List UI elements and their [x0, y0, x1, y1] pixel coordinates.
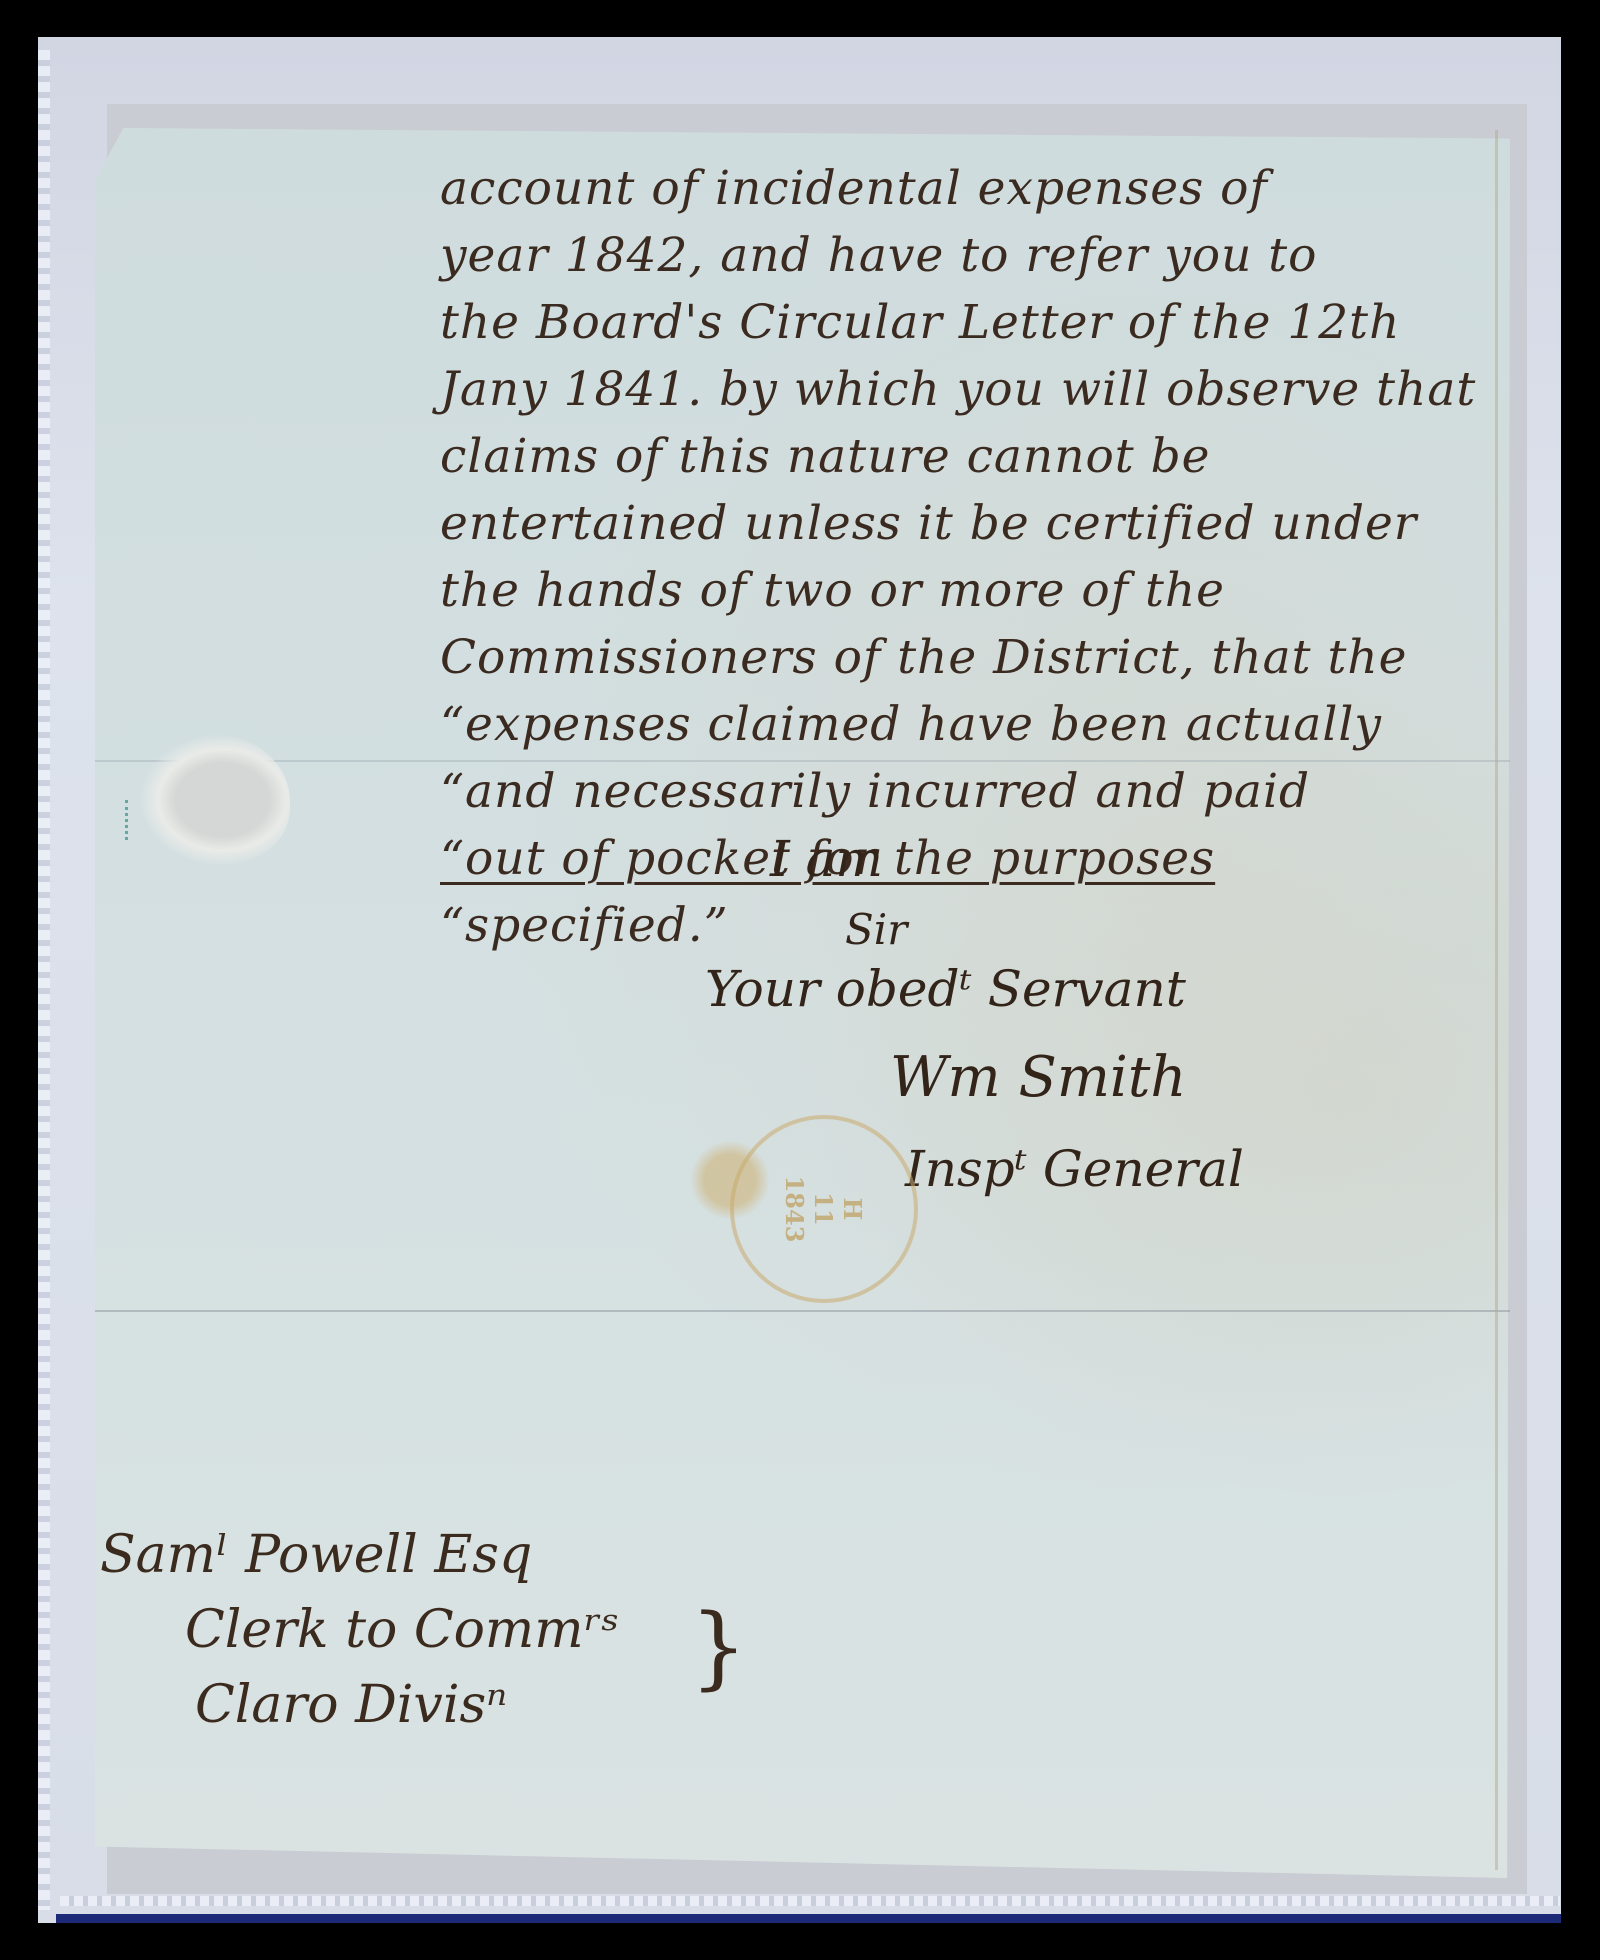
- body-line-underlined: “out of pocket for the purposes: [440, 825, 1490, 892]
- body-line: year 1842, and have to refer you to: [440, 222, 1490, 289]
- signature: Wm Smith: [890, 1045, 1186, 1110]
- sleeve-bottom-band: [56, 1914, 1561, 1923]
- body-line: the hands of two or more of the: [440, 557, 1490, 624]
- paper-tear-edge: [125, 800, 140, 840]
- body-line: entertained unless it be certified under: [440, 490, 1490, 557]
- fold-line: [1495, 130, 1498, 1870]
- address-bracket: }: [690, 1595, 747, 1700]
- body-line: “expenses claimed have been actually: [440, 691, 1490, 758]
- letter-body: account of incidental expenses of year 1…: [440, 155, 1490, 959]
- body-line-underlined: “and necessarily incurred and paid: [440, 758, 1490, 825]
- body-line: Jany 1841. by which you will observe tha…: [440, 356, 1490, 423]
- closing-sir: Sir: [845, 905, 907, 954]
- closing-i-am: I am: [770, 830, 883, 888]
- signatory-title: Inspᵗ General: [905, 1140, 1244, 1198]
- postmark-stamp: H 11 1843: [730, 1115, 918, 1303]
- body-line: the Board's Circular Letter of the 12th: [440, 289, 1490, 356]
- closing-servant: Your obedᵗ Servant: [705, 960, 1186, 1018]
- sleeve-perforation-left: [38, 50, 50, 1910]
- fold-line: [95, 1310, 1510, 1312]
- body-line: “specified.”: [440, 892, 1490, 959]
- sleeve-perforation-bottom: [60, 1896, 1560, 1906]
- body-line: claims of this nature cannot be: [440, 423, 1490, 490]
- body-line: account of incidental expenses of: [440, 155, 1490, 222]
- postmark-text: H: [839, 1198, 868, 1221]
- address-division: Claro Divisⁿ: [195, 1675, 507, 1735]
- address-position: Clerk to Commʳˢ: [185, 1600, 619, 1660]
- postmark-text: 1843: [781, 1176, 810, 1243]
- body-line: Commissioners of the District, that the: [440, 624, 1490, 691]
- address-recipient: Samˡ Powell Esq: [100, 1525, 532, 1585]
- postmark-text: 11: [810, 1192, 839, 1225]
